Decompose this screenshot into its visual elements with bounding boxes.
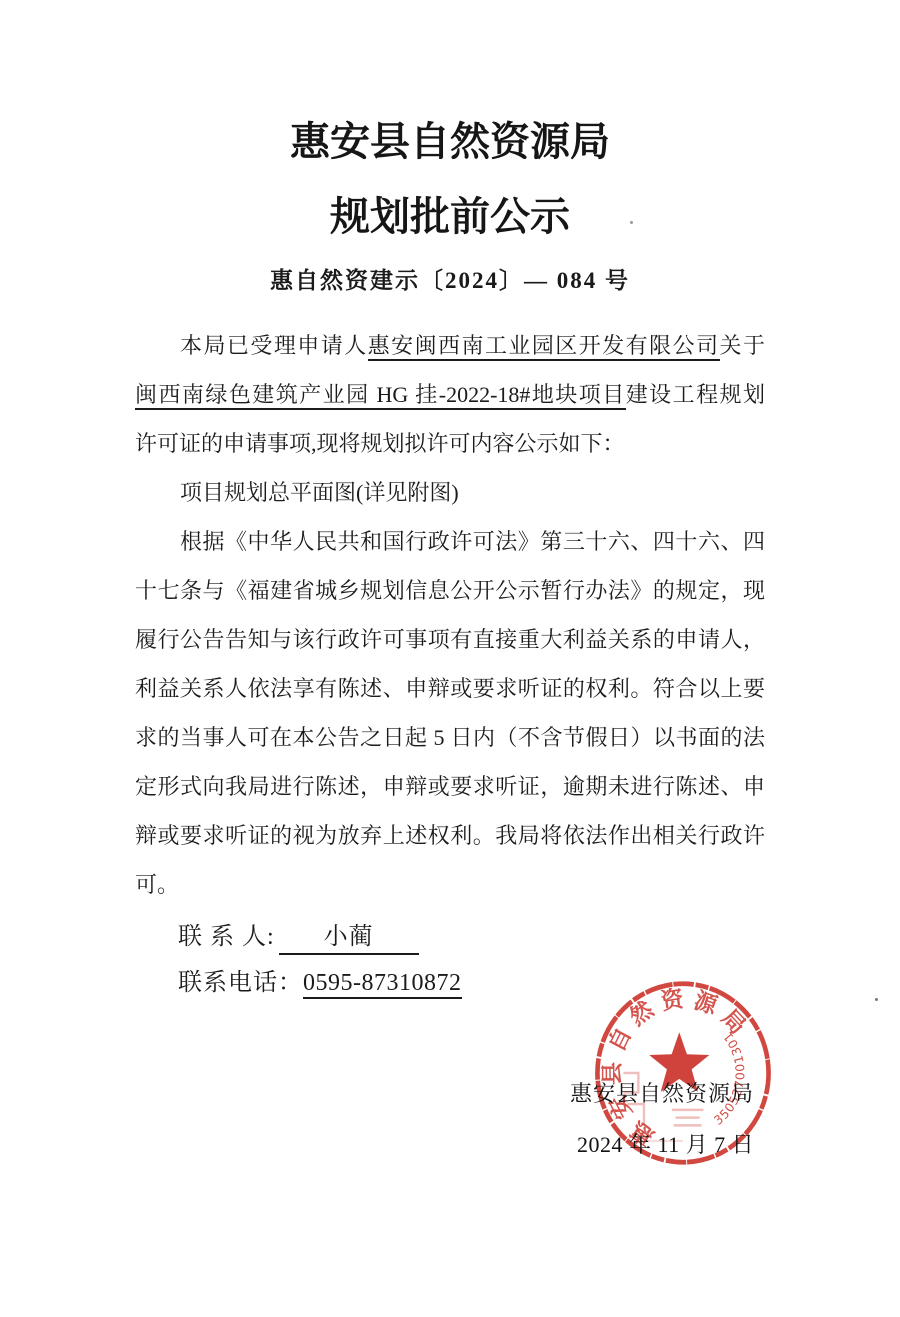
page-title: 惠安县自然资源局	[0, 110, 900, 167]
body-line: 辩或要求听证的视为放弃上述权利。我局将依法作出相关行政许	[135, 811, 765, 860]
scanned-notice-page: 惠安县自然资源局 规划批前公示 惠自然资建示〔2024〕— 084 号 本局已受…	[0, 0, 900, 1317]
text-segment: 定形式向我局进行陈述，申辩或要求听证，逾期未进行陈述、申	[135, 774, 765, 799]
body-line: 闽西南绿色建筑产业园 HG 挂-2022-18#地块项目建设工程规划	[135, 370, 765, 419]
contact-phone-row: 联系电话：0595-87310872	[178, 962, 462, 1004]
body-line: 许可证的申请事项,现将规划拟许可内容公示如下：	[135, 419, 765, 468]
signature-org: 惠安县自然资源局	[570, 1077, 754, 1108]
body-line: 履行公告告知与该行政许可事项有直接重大利益关系的申请人，	[135, 615, 765, 664]
body-line: 利益关系人依法享有陈述、申辩或要求听证的权利。符合以上要	[135, 664, 765, 713]
underlined-text: 惠安闽西南工业园区开发有限公司	[368, 333, 720, 361]
text-segment: 辩或要求听证的视为放弃上述权利。我局将依法作出相关行政许	[135, 823, 765, 848]
scan-speckle	[875, 998, 878, 1001]
text-segment: 可。	[135, 872, 179, 897]
underlined-text: 闽西南绿色建筑产业园 HG 挂-2022-18#地块项目	[135, 382, 626, 410]
page-subtitle: 规划批前公示	[0, 185, 900, 242]
text-segment: 项目规划总平面图(详见附图)	[180, 480, 459, 505]
text-segment: 本局已受理申请人	[180, 333, 368, 358]
text-segment: 建设工程规划	[626, 382, 765, 407]
body-line: 根据《中华人民共和国行政许可法》第三十六、四十六、四	[135, 517, 765, 566]
text-segment: 履行公告告知与该行政许可事项有直接重大利益关系的申请人，	[135, 627, 765, 652]
body-line: 可。	[135, 860, 765, 909]
scan-speckle	[630, 221, 633, 224]
contact-phone-label: 联系电话：	[178, 970, 303, 996]
contact-phone-value: 0595-87310872	[303, 970, 462, 999]
signature-date: 2024 年 11 月 7 日	[577, 1128, 754, 1159]
contact-person-row: 联 系 人:小蔺	[178, 916, 419, 958]
text-segment: 求的当事人可在本公告之日起 5 日内（不含节假日）以书面的法	[135, 725, 765, 750]
text-segment: 利益关系人依法享有陈述、申辩或要求听证的权利。符合以上要	[135, 676, 765, 701]
document-number: 惠自然资建示〔2024〕— 084 号	[0, 262, 900, 295]
body-line: 项目规划总平面图(详见附图)	[135, 468, 765, 517]
contact-person-label: 联 系 人:	[178, 924, 275, 950]
body-line: 本局已受理申请人惠安闽西南工业园区开发有限公司关于	[135, 321, 765, 370]
body-line: 求的当事人可在本公告之日起 5 日内（不含节假日）以书面的法	[135, 713, 765, 762]
notice-body: 本局已受理申请人惠安闽西南工业园区开发有限公司关于闽西南绿色建筑产业园 HG 挂…	[135, 321, 765, 909]
text-segment: 许可证的申请事项,现将规划拟许可内容公示如下：	[135, 431, 625, 456]
text-segment: 根据《中华人民共和国行政许可法》第三十六、四十六、四	[180, 529, 765, 554]
text-segment: 关于	[720, 333, 765, 358]
contact-person-value: 小蔺	[279, 921, 419, 955]
text-segment: 十七条与《福建省城乡规划信息公开公示暂行办法》的规定，现	[135, 578, 765, 603]
body-line: 定形式向我局进行陈述，申辩或要求听证，逾期未进行陈述、申	[135, 762, 765, 811]
body-line: 十七条与《福建省城乡规划信息公开公示暂行办法》的规定，现	[135, 566, 765, 615]
